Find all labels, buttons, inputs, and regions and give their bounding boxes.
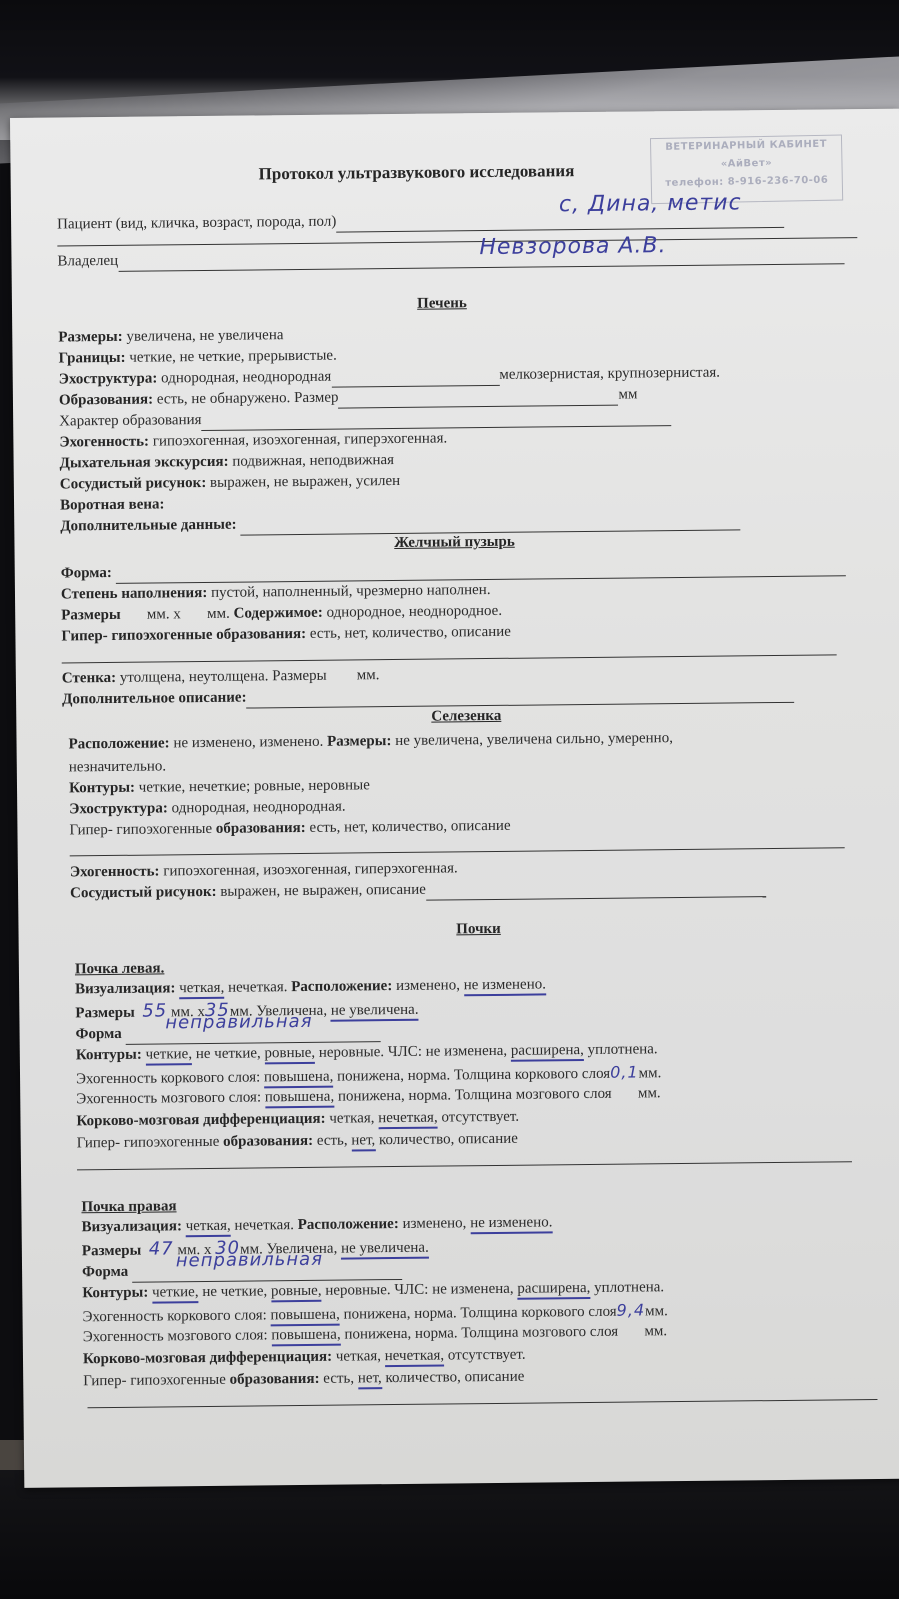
spleen-vascular-field[interactable] xyxy=(426,896,766,901)
patient-value: с, Дина, метис xyxy=(559,192,742,215)
section-gallbladder-title: Желчный пузырь xyxy=(334,531,574,555)
patient-row: Пациент (вид, кличка, возраст, порода, п… xyxy=(57,206,899,236)
left-kidney-length: 55 xyxy=(142,1000,167,1021)
right-kidney-length: 47 xyxy=(149,1238,174,1259)
patient-field[interactable] xyxy=(336,227,784,233)
owner-row: Владелец xyxy=(57,243,899,273)
section-spleen-title: Селезенка xyxy=(376,705,556,728)
owner-label: Владелец xyxy=(57,253,118,270)
background-bottom xyxy=(0,1470,899,1599)
left-kidney-formations-line xyxy=(77,1161,852,1170)
stamp-line-3: телефон: 8-916-236-70-06 xyxy=(652,171,842,193)
document-title: Протокол ультразвукового исследования xyxy=(258,160,574,184)
right-kidney-cortex-thickness: 9,4 xyxy=(617,1300,646,1319)
patient-label: Пациент (вид, кличка, возраст, порода, п… xyxy=(57,214,336,233)
left-kidney-cortex-thickness: 0,1 xyxy=(610,1062,639,1081)
left-kidney-shape-value: неправильная xyxy=(165,1011,312,1034)
right-kidney-shape-value: неправильная xyxy=(176,1249,323,1272)
owner-field[interactable] xyxy=(118,263,844,272)
right-kidney-formations-line xyxy=(88,1399,878,1408)
ultrasound-protocol-form: Протокол ультразвукового исследования ВЕ… xyxy=(10,109,899,1488)
right-kidney-shape-field[interactable]: неправильная xyxy=(132,1258,402,1283)
left-kidney-shape-field[interactable]: неправильная xyxy=(125,1020,380,1045)
owner-value: Невзорова А.В. xyxy=(479,235,666,258)
section-liver-title: Печень xyxy=(342,292,542,315)
stamp-line-1: ВЕТЕРИНАРНЫЙ КАБИНЕТ xyxy=(651,135,841,157)
section-kidneys-title: Почки xyxy=(398,918,558,941)
